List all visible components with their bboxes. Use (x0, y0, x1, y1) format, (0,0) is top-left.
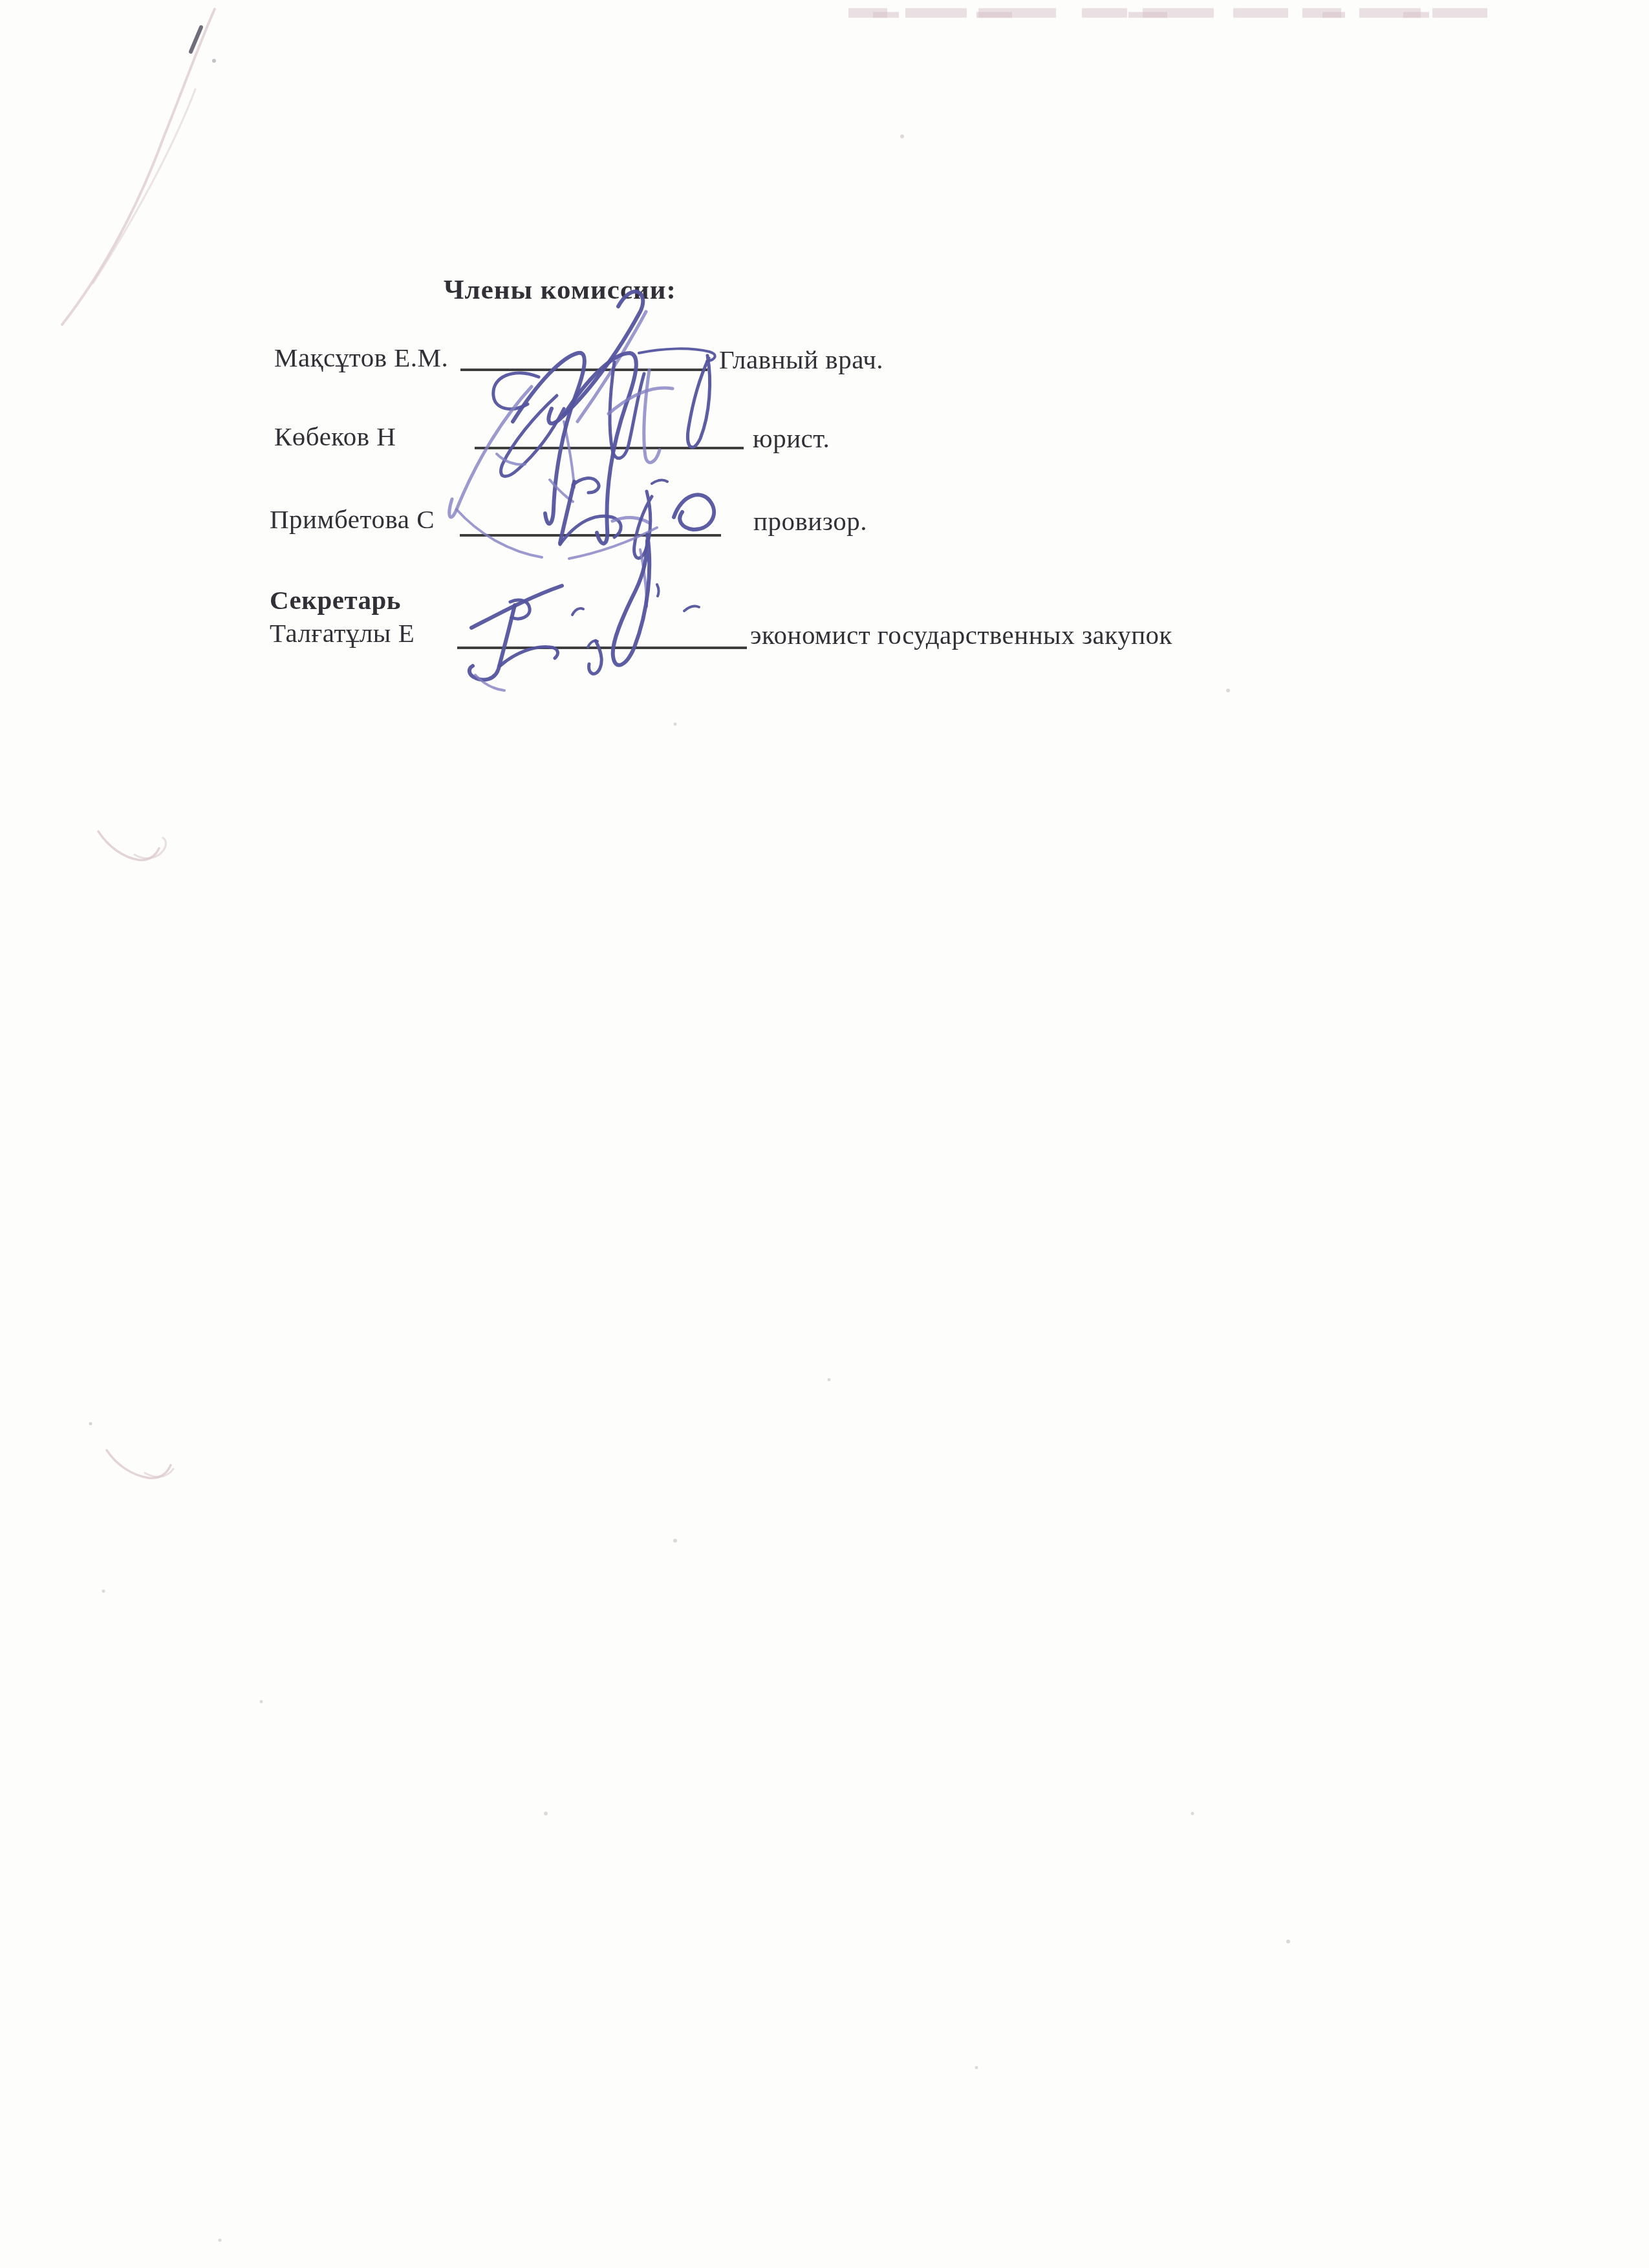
ink-stroke (564, 422, 574, 487)
dust-speck (673, 1539, 677, 1543)
scan-edge-artifact (848, 13, 1487, 15)
dust-speck (828, 1378, 831, 1382)
crease-arc (98, 831, 159, 860)
ink-stroke (500, 647, 557, 666)
ink-stroke (550, 480, 573, 502)
ink-stroke (471, 586, 562, 628)
dust-speck (102, 1590, 105, 1593)
ink-stroke (640, 550, 647, 606)
ink-stroke (548, 292, 643, 423)
member-name-1: Мақсұтов Е.М. (274, 342, 448, 373)
dust-speck (900, 134, 904, 138)
dust-speck (975, 2066, 978, 2070)
member-name-2: Көбеков Н (274, 421, 396, 452)
crease-arc (107, 1450, 171, 1478)
scan-crease-line (62, 9, 216, 325)
signature-ink-row2 (449, 353, 673, 557)
ink-stroke (469, 605, 515, 679)
secretary-name: Талғатұлы Е (270, 617, 415, 648)
ink-stroke (569, 528, 657, 559)
ink-stroke (589, 641, 602, 674)
ink-stroke (577, 312, 646, 422)
signature-ink-row1 (501, 292, 715, 487)
ink-stroke (657, 584, 658, 596)
ink-stroke (572, 608, 583, 615)
crease-speck (212, 59, 216, 63)
ink-stroke (674, 495, 714, 530)
signature-line-1 (460, 369, 707, 371)
crease-stroke-double (93, 89, 195, 283)
ink-stroke (684, 606, 699, 611)
member-name-3: Примбетова С (270, 504, 435, 535)
commission-members-heading: Члены комиссии: (444, 274, 676, 306)
ink-stroke (639, 348, 715, 361)
ink-stroke (510, 600, 530, 619)
signature-ink-row4 (469, 535, 699, 690)
crease-mark-lower (89, 1422, 174, 1479)
signature-line-2 (475, 447, 744, 449)
crease-speck (89, 1422, 92, 1426)
ink-stroke (513, 353, 585, 524)
member-role-2: юрист. (753, 423, 830, 454)
ink-stroke (475, 675, 504, 690)
crease-dark-segment (191, 27, 201, 52)
ink-stroke (652, 480, 667, 484)
ink-stroke (613, 535, 650, 665)
ink-stroke (609, 388, 673, 414)
crease-arc-inner (145, 1469, 173, 1477)
member-role-3: провизор. (753, 506, 867, 537)
crease-mark-upper (98, 831, 166, 860)
ink-stroke (612, 518, 649, 523)
scan-overlay (0, 0, 1649, 2268)
crease-stroke (62, 9, 215, 325)
dust-speck (1286, 1940, 1290, 1943)
signature-line-4 (457, 647, 747, 649)
dust-speck (1226, 689, 1230, 692)
crease-arc-inner (135, 838, 166, 859)
dust-speck (544, 1812, 548, 1815)
ink-stroke (497, 454, 525, 464)
secretary-heading: Секретарь (270, 584, 401, 615)
ink-stroke (573, 478, 599, 493)
scanned-document-page: Члены комиссии: Мақсұтов Е.М. Главный вр… (0, 0, 1649, 2268)
ink-stroke (610, 362, 644, 458)
ink-stroke (501, 396, 564, 476)
ink-stroke (560, 516, 621, 544)
dust-speck (1191, 1812, 1194, 1815)
dust-speck (219, 2239, 222, 2242)
secretary-role: экономист государственных закупок (750, 619, 1172, 650)
dust-speck (674, 723, 677, 726)
ink-stroke (449, 387, 532, 517)
ink-stroke (457, 509, 542, 557)
member-role-1: Главный врач. (719, 344, 883, 375)
ink-stroke (634, 491, 652, 558)
signature-line-3 (460, 534, 721, 537)
signature-ink-row3 (550, 478, 714, 606)
dust-speck (260, 1700, 263, 1704)
ink-stroke (493, 373, 539, 409)
